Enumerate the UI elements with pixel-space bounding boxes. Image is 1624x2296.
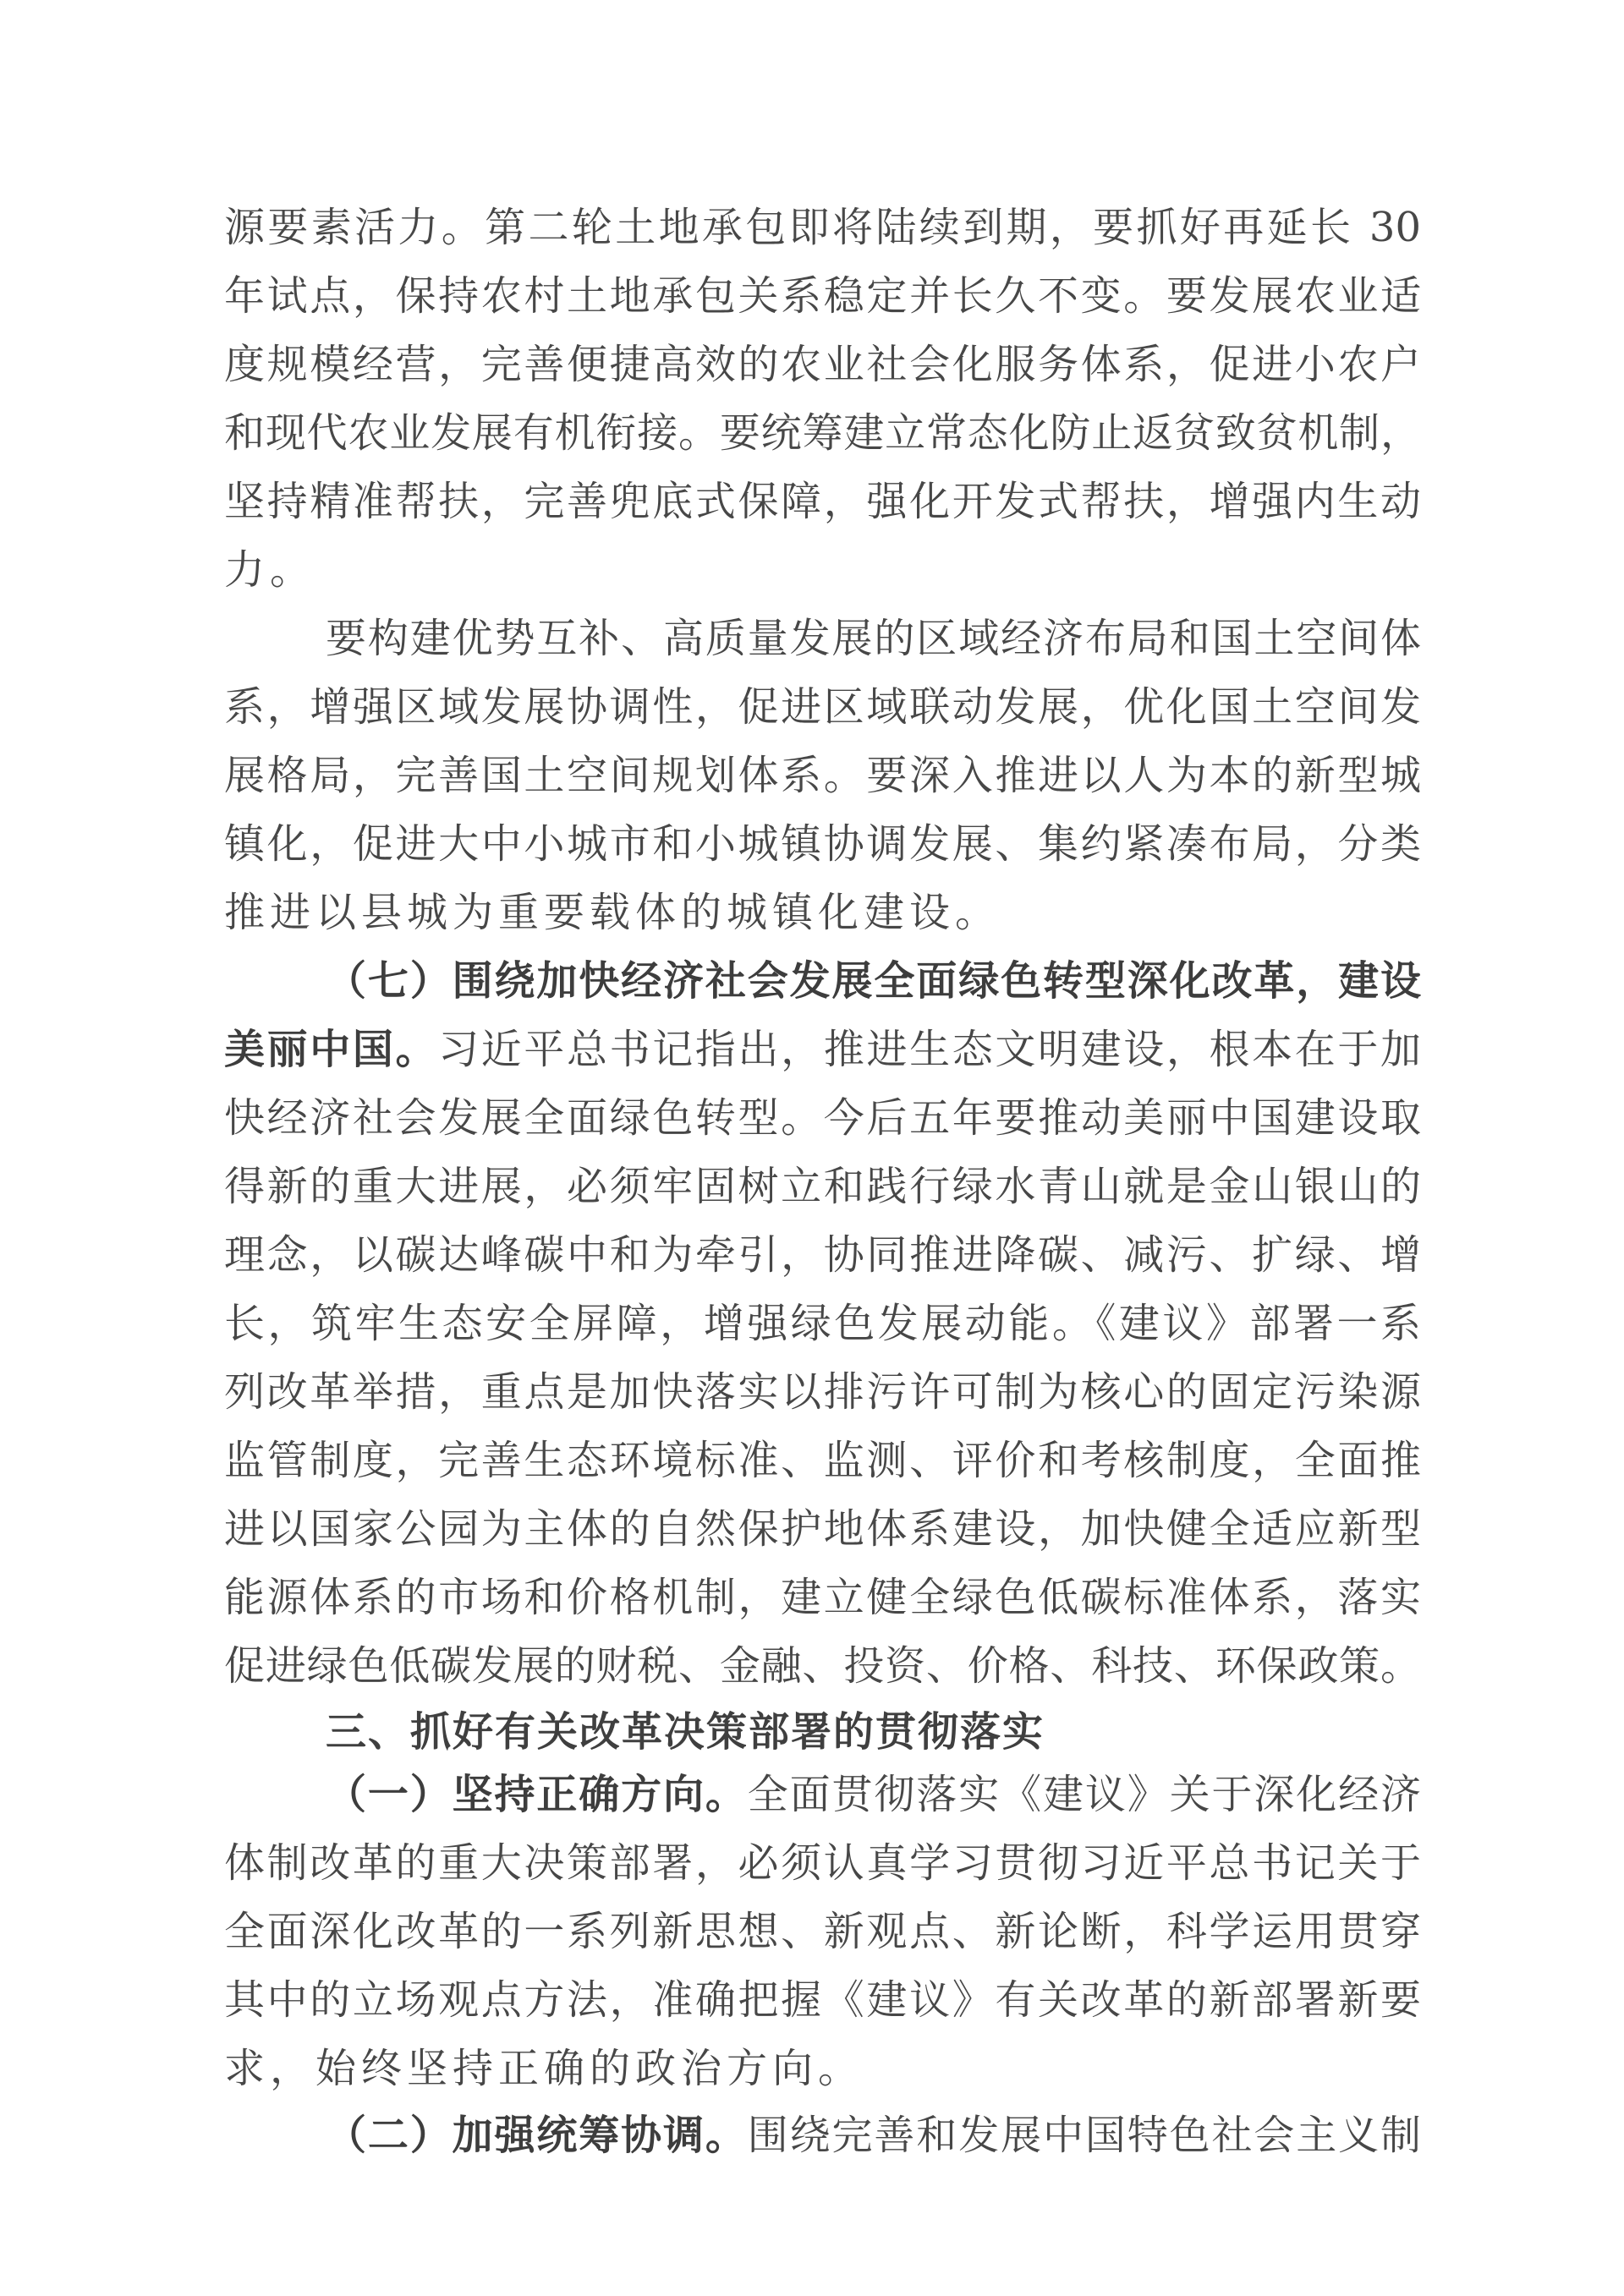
text-line: 镇化，促进大中小城市和小城镇协调发展、集约紧凑布局，分类 [224,819,1421,869]
line-text: 全面深化改革的一系列新思想、新观点、新论断，科学运用贯穿 [224,1908,1421,1955]
text-line: 源要素活力。第二轮土地承包即将陆续到期，要抓好再延长 30 [224,202,1421,253]
text-line: 展格局，完善国土空间规划体系。要深入推进以人为本的新型城 [224,750,1421,801]
line-text: 镇化，促进大中小城市和小城镇协调发展、集约紧凑布局，分类 [224,820,1421,868]
text-line: 和现代农业发展有机衔接。要统筹建立常态化防止返贫致贫机制， [224,408,1421,458]
text-line: 求，始终坚持正确的政治方向。 [224,2043,1421,2094]
text-line: 坚持精准帮扶，完善兜底式保障，强化开发式帮扶，增强内生动 [224,476,1421,527]
line-text: 习近平总书记指出，推进生态文明建设，根本在于加 [438,1026,1421,1073]
line-text: 快经济社会发展全面绿色转型。今后五年要推动美丽中国建设取 [224,1094,1421,1142]
bold-lead-in: （一）坚持正确方向。 [326,1771,748,1818]
line-text: 围绕完善和发展中国特色社会主义制 [748,2112,1421,2159]
line-text: 全面贯彻落实《建议》关于深化经济 [748,1771,1421,1818]
text-line: 能源体系的市场和价格机制，建立健全绿色低碳标准体系，落实 [224,1572,1421,1623]
text-line: 年试点，保持农村土地承包关系稳定并长久不变。要发展农业适 [224,271,1421,321]
text-line: （一）坚持正确方向。全面贯彻落实《建议》关于深化经济 [326,1769,1421,1820]
section-heading: 三、抓好有关改革决策部署的贯彻落实 [326,1707,1045,1757]
line-text: 年试点，保持农村土地承包关系稳定并长久不变。要发展农业适 [224,272,1421,320]
text-line: 理念，以碳达峰碳中和为牵引，协同推进降碳、减污、扩绿、增 [224,1230,1421,1280]
text-line: 进以国家公园为主体的自然保护地体系建设，加快健全适应新型 [224,1504,1421,1554]
text-line: 力。 [224,545,1421,595]
text-line: 要构建优势互补、高质量发展的区域经济布局和国土空间体 [326,613,1421,664]
line-text: 进以国家公园为主体的自然保护地体系建设，加快健全适应新型 [224,1505,1421,1553]
line-text: 促进绿色低碳发展的财税、金融、投资、价格、科技、环保政策。 [224,1642,1421,1690]
line-text: 其中的立场观点方法，准确把握《建议》有关改革的新部署新要 [224,1976,1421,2024]
document-page: 源要素活力。第二轮土地承包即将陆续到期，要抓好再延长 30年试点，保持农村土地承… [0,0,1624,2296]
text-line: 美丽中国。习近平总书记指出，推进生态文明建设，根本在于加 [224,1024,1421,1075]
line-text: 坚持精准帮扶，完善兜底式保障，强化开发式帮扶，增强内生动 [224,478,1421,525]
line-text: 理念，以碳达峰碳中和为牵引，协同推进降碳、减污、扩绿、增 [224,1231,1421,1279]
bold-lead-in: （二）加强统筹协调。 [326,2112,748,2159]
text-line: 推进以县城为重要载体的城镇化建设。 [224,887,1421,938]
line-text: 体制改革的重大决策部署，必须认真学习贯彻习近平总书记关于 [224,1839,1421,1887]
line-text: 展格局，完善国土空间规划体系。要深入推进以人为本的新型城 [224,752,1421,799]
text-line: 其中的立场观点方法，准确把握《建议》有关改革的新部署新要 [224,1975,1421,2025]
line-text: 系，增强区域发展协调性，促进区域联动发展，优化国土空间发 [224,683,1421,731]
line-text: 源要素活力。第二轮土地承包即将陆续到期，要抓好再延长 30 [224,204,1421,251]
line-text: 要构建优势互补、高质量发展的区域经济布局和国土空间体 [326,615,1421,662]
text-line: 快经济社会发展全面绿色转型。今后五年要推动美丽中国建设取 [224,1093,1421,1143]
line-text: 监管制度，完善生态环境标准、监测、评价和考核制度，全面推 [224,1437,1421,1484]
line-text: 长，筑牢生态安全屏障，增强绿色发展动能。《建议》部署一系 [224,1300,1421,1347]
text-line: 列改革举措，重点是加快落实以排污许可制为核心的固定污染源 [224,1367,1421,1417]
text-line: （二）加强统筹协调。围绕完善和发展中国特色社会主义制 [326,2110,1421,2161]
text-line: 得新的重大进展，必须牢固树立和践行绿水青山就是金山银山的 [224,1161,1421,1212]
line-text: 力。 [224,546,315,594]
text-line: （七）围绕加快经济社会发展全面绿色转型深化改革，建设 [326,956,1421,1006]
text-line: 度规模经营，完善便捷高效的农业社会化服务体系，促进小农户 [224,339,1421,390]
line-text: 得新的重大进展，必须牢固树立和践行绿水青山就是金山银山的 [224,1163,1421,1210]
bold-lead-in: 美丽中国。 [224,1026,438,1073]
line-text: 度规模经营，完善便捷高效的农业社会化服务体系，促进小农户 [224,341,1421,388]
line-text: 求，始终坚持正确的政治方向。 [224,2045,864,2092]
text-line: 长，筑牢生态安全屏障，增强绿色发展动能。《建议》部署一系 [224,1298,1421,1349]
line-text: 推进以县城为重要载体的城镇化建设。 [224,889,1001,936]
text-line: 系，增强区域发展协调性，促进区域联动发展，优化国土空间发 [224,682,1421,732]
text-line: 全面深化改革的一系列新思想、新观点、新论断，科学运用贯穿 [224,1906,1421,1957]
text-line: 监管制度，完善生态环境标准、监测、评价和考核制度，全面推 [224,1435,1421,1486]
text-line: 体制改革的重大决策部署，必须认真学习贯彻习近平总书记关于 [224,1838,1421,1888]
line-text: 和现代农业发展有机衔接。要统筹建立常态化防止返贫致贫机制， [224,409,1421,457]
bold-lead-in: （七）围绕加快经济社会发展全面绿色转型深化改革，建设 [326,957,1421,1005]
text-line: 促进绿色低碳发展的财税、金融、投资、价格、科技、环保政策。 [224,1641,1421,1691]
line-text: 能源体系的市场和价格机制，建立健全绿色低碳标准体系，落实 [224,1574,1421,1621]
line-text: 列改革举措，重点是加快落实以排污许可制为核心的固定污染源 [224,1368,1421,1416]
